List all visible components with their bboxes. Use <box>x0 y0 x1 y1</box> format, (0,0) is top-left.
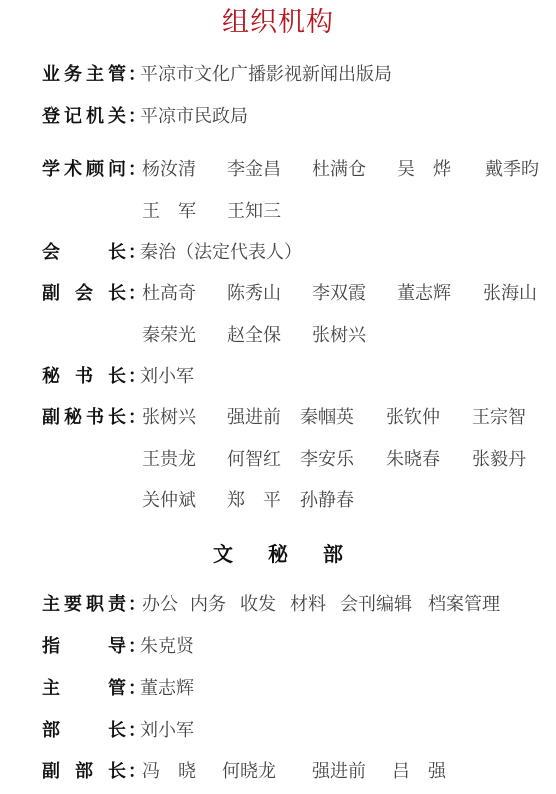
person-name: 王知三 <box>227 200 281 224</box>
person-name: 朱晓春 <box>386 448 440 472</box>
label-president: 会 长 ： <box>42 241 138 265</box>
person-name: 郑 平 <box>227 489 281 513</box>
label-char: 业 <box>42 63 60 87</box>
label-char: 关 <box>108 105 126 129</box>
person-name: 强进前 <box>312 760 366 784</box>
person-name: 李双霞 <box>312 282 366 306</box>
section-title-secretariat: 文 秘 部 <box>0 540 556 568</box>
value-supervisor: 董志辉 <box>140 677 194 701</box>
label-char: 书 <box>75 365 93 389</box>
person-name: 张海山 <box>483 282 537 306</box>
label-char: 会 <box>42 241 60 265</box>
label-char: 管 <box>108 677 126 701</box>
label-char: 主 <box>42 677 60 701</box>
duty-item: 档案管理 <box>428 593 500 617</box>
section-title-char: 秘 <box>268 540 288 568</box>
label-char: 部 <box>75 760 93 784</box>
value-guide: 朱克贤 <box>140 635 194 659</box>
person-name: 张钦仲 <box>386 406 440 430</box>
value-secretary-general: 刘小军 <box>140 365 194 389</box>
duty-item: 收发 <box>240 593 276 617</box>
person-name: 戴季昀 <box>485 158 539 182</box>
person-name: 王贵龙 <box>142 448 196 472</box>
label-registration-authority: 登 记 机 关 ： <box>42 105 138 129</box>
page-title: 组织机构 <box>0 6 556 40</box>
label-char: 长 <box>108 760 126 784</box>
person-name: 杜满仓 <box>312 158 366 182</box>
person-name: 孙静春 <box>300 489 354 513</box>
person-name: 强进前 <box>227 406 281 430</box>
label-char: 副 <box>42 282 60 306</box>
person-name: 秦荣光 <box>142 324 196 348</box>
person-name: 王 军 <box>142 200 196 224</box>
person-name: 杨汝清 <box>142 158 196 182</box>
person-name: 李金昌 <box>227 158 281 182</box>
label-char: 顾 <box>86 158 104 182</box>
duty-item: 办公 <box>142 593 178 617</box>
person-name: 赵全保 <box>227 324 281 348</box>
label-char: 管 <box>108 63 126 87</box>
person-name: 张树兴 <box>312 324 366 348</box>
label-char: 长 <box>108 365 126 389</box>
person-name: 秦帼英 <box>300 406 354 430</box>
person-name: 何智红 <box>227 448 281 472</box>
person-name: 杜高奇 <box>142 282 196 306</box>
value-president: 秦治（法定代表人） <box>140 241 302 265</box>
label-char: 副 <box>42 406 60 430</box>
label-char: 秘 <box>42 365 60 389</box>
person-name: 吕 强 <box>392 760 446 784</box>
label-char: 问 <box>108 158 126 182</box>
label-char: 主 <box>42 593 60 617</box>
label-char: 副 <box>42 760 60 784</box>
label-vice-presidents: 副 会 长 ： <box>42 282 138 306</box>
person-name: 关仲斌 <box>142 489 196 513</box>
value-director: 刘小军 <box>140 719 194 743</box>
label-deputy-secretaries: 副 秘 书 长 ： <box>42 406 138 430</box>
person-name: 陈秀山 <box>227 282 281 306</box>
label-char: 记 <box>64 105 82 129</box>
person-name: 张毅丹 <box>472 448 526 472</box>
duty-item: 材料 <box>290 593 326 617</box>
label-director: 部 长 ： <box>42 719 138 743</box>
duty-item: 会刊编辑 <box>340 593 412 617</box>
label-char: 主 <box>86 63 104 87</box>
person-name: 冯 晓 <box>142 760 196 784</box>
section-title-char: 部 <box>323 540 343 568</box>
label-char: 长 <box>108 241 126 265</box>
label-char: 导 <box>108 635 126 659</box>
label-deputy-directors: 副 部 长 ： <box>42 760 138 784</box>
label-char: 会 <box>75 282 93 306</box>
person-name: 董志辉 <box>397 282 451 306</box>
label-char: 机 <box>86 105 104 129</box>
label-supervising-unit: 业 务 主 管 ： <box>42 63 138 87</box>
value-registration-authority: 平凉市民政局 <box>140 105 248 129</box>
label-char: 术 <box>64 158 82 182</box>
value-supervising-unit: 平凉市文化广播影视新闻出版局 <box>140 63 392 87</box>
label-guide: 指 导 ： <box>42 635 138 659</box>
section-title-char: 文 <box>213 540 233 568</box>
label-char: 书 <box>86 406 104 430</box>
label-char: 部 <box>42 719 60 743</box>
label-char: 职 <box>86 593 104 617</box>
label-supervisor: 主 管 ： <box>42 677 138 701</box>
label-char: 责 <box>108 593 126 617</box>
label-char: 要 <box>64 593 82 617</box>
label-char: 秘 <box>64 406 82 430</box>
person-name: 王宗智 <box>472 406 526 430</box>
label-char: 长 <box>108 719 126 743</box>
label-char: 务 <box>64 63 82 87</box>
duty-item: 内务 <box>190 593 226 617</box>
person-name: 何晓龙 <box>222 760 276 784</box>
person-name: 吴 烨 <box>397 158 451 182</box>
label-char: 指 <box>42 635 60 659</box>
person-name: 李安乐 <box>300 448 354 472</box>
label-main-duties: 主 要 职 责 ： <box>42 593 138 617</box>
person-name: 张树兴 <box>142 406 196 430</box>
label-char: 长 <box>108 282 126 306</box>
label-char: 登 <box>42 105 60 129</box>
label-char: 学 <box>42 158 60 182</box>
label-char: 长 <box>108 406 126 430</box>
label-secretary-general: 秘 书 长 ： <box>42 365 138 389</box>
label-academic-advisors: 学 术 顾 问 ： <box>42 158 138 182</box>
